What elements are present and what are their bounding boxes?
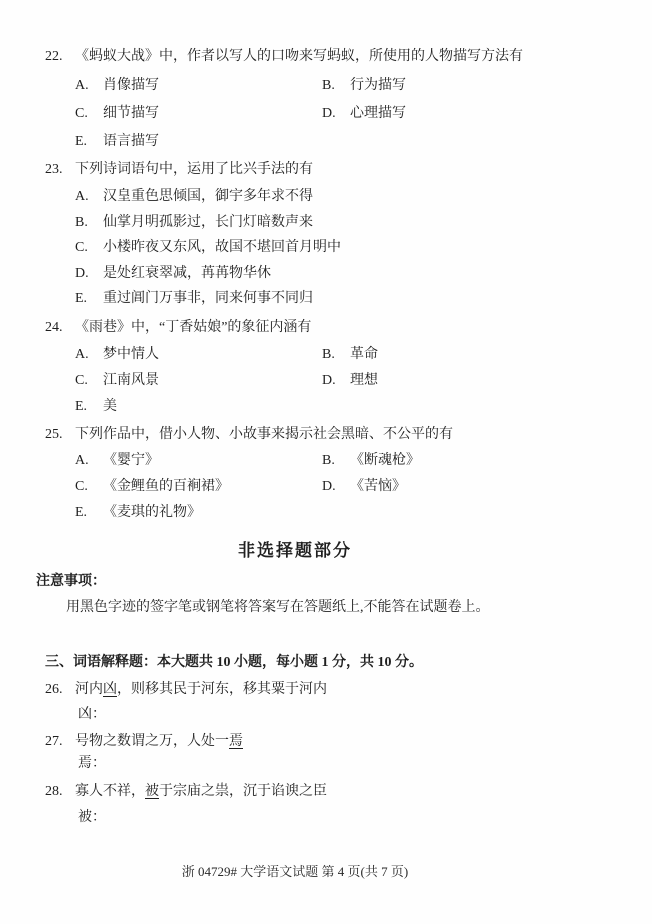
question-28-number: 28. xyxy=(45,782,75,802)
question-24: 24.《雨巷》中，“丁香姑娘”的象征内涵有 xyxy=(45,318,311,338)
option-25-b-label: B. xyxy=(322,451,350,471)
option-24-b: B.革命 xyxy=(322,345,378,365)
option-25-a: A.《婴宁》 xyxy=(75,451,159,471)
option-23-c: C.小楼昨夜又东风，故国不堪回首月明中 xyxy=(75,238,341,258)
page-footer: 浙 04729# 大学语文试题 第 4 页(共 7 页) xyxy=(0,861,590,880)
question-26-number: 26. xyxy=(45,680,75,700)
option-25-e: E.《麦琪的礼物》 xyxy=(75,503,201,523)
option-25-e-label: E. xyxy=(75,503,103,523)
question-25-stem: 下列作品中，借小人物、小故事来揭示社会黑暗、不公平的有 xyxy=(75,427,453,442)
option-23-d-label: D. xyxy=(75,264,103,284)
option-24-a: A.梦中情人 xyxy=(75,345,159,365)
question-24-stem: 《雨巷》中，“丁香姑娘”的象征内涵有 xyxy=(75,320,311,335)
option-22-b-label: B. xyxy=(322,76,350,96)
option-23-e-text: 重过阊门万事非，同来何事不同归 xyxy=(103,291,313,306)
option-24-c-text: 江南风景 xyxy=(103,373,159,388)
option-24-b-label: B. xyxy=(322,345,350,365)
notice-title: 注意事项： xyxy=(36,572,106,592)
question-26-text-pre: 河内 xyxy=(75,682,103,697)
option-23-b: B.仙掌月明孤影过，长门灯暗数声来 xyxy=(75,213,313,233)
option-24-e-text: 美 xyxy=(103,399,117,414)
question-22: 22.《蚂蚁大战》中，作者以写人的口吻来写蚂蚁，所使用的人物描写方法有 xyxy=(45,47,523,67)
option-25-d-label: D. xyxy=(322,477,350,497)
option-25-a-label: A. xyxy=(75,451,103,471)
option-23-a-label: A. xyxy=(75,187,103,207)
question-25-number: 25. xyxy=(45,425,75,445)
option-22-a-label: A. xyxy=(75,76,103,96)
question-26-underlined-word: 凶 xyxy=(103,682,117,697)
option-25-d-text: 《苦恼》 xyxy=(350,479,406,494)
question-28-underlined-word: 被 xyxy=(145,784,159,799)
question-27-number: 27. xyxy=(45,732,75,752)
option-24-e: E.美 xyxy=(75,397,117,417)
question-28: 28.寡人不祥，被于宗庙之祟，沉于谄谀之臣 xyxy=(45,782,327,802)
question-27-underlined-word: 焉 xyxy=(229,734,243,749)
option-23-c-text: 小楼昨夜又东风，故国不堪回首月明中 xyxy=(103,240,341,255)
question-23: 23.下列诗词语句中，运用了比兴手法的有 xyxy=(45,160,313,180)
question-27: 27.号物之数谓之万，人处一焉 xyxy=(45,732,243,752)
option-25-e-text: 《麦琪的礼物》 xyxy=(103,505,201,520)
option-22-b: B.行为描写 xyxy=(322,76,406,96)
option-22-c: C.细节描写 xyxy=(75,104,159,124)
option-22-d-text: 心理描写 xyxy=(350,106,406,121)
option-22-d: D.心理描写 xyxy=(322,104,406,124)
option-23-a-text: 汉皇重色思倾国，御宇多年求不得 xyxy=(103,189,313,204)
question-28-term: 被： xyxy=(78,808,106,828)
option-24-c: C.江南风景 xyxy=(75,371,159,391)
option-23-b-label: B. xyxy=(75,213,103,233)
option-22-e-label: E. xyxy=(75,132,103,152)
section-two-header: 非选择题部分 xyxy=(0,536,590,561)
question-27-text-pre: 号物之数谓之万，人处一 xyxy=(75,734,229,749)
question-25: 25.下列作品中，借小人物、小故事来揭示社会黑暗、不公平的有 xyxy=(45,425,453,445)
option-24-a-text: 梦中情人 xyxy=(103,347,159,362)
option-25-a-text: 《婴宁》 xyxy=(103,453,159,468)
option-24-b-text: 革命 xyxy=(350,347,378,362)
question-23-stem: 下列诗词语句中，运用了比兴手法的有 xyxy=(75,162,313,177)
option-22-c-label: C. xyxy=(75,104,103,124)
option-22-c-text: 细节描写 xyxy=(103,106,159,121)
option-23-d-text: 是处红衰翠减，苒苒物华休 xyxy=(103,266,271,281)
option-25-c-text: 《金鲤鱼的百裥裙》 xyxy=(103,479,229,494)
option-23-e-label: E. xyxy=(75,289,103,309)
option-22-d-label: D. xyxy=(322,104,350,124)
option-24-c-label: C. xyxy=(75,371,103,391)
option-22-a-text: 肖像描写 xyxy=(103,78,159,93)
notice-body: 用黑色字迹的签字笔或钢笔将答案写在答题纸上,不能答在试题卷上。 xyxy=(66,598,490,618)
question-26-text-post: ，则移其民于河东，移其粟于河内 xyxy=(117,682,327,697)
option-22-e: E.语言描写 xyxy=(75,132,159,152)
option-25-b-text: 《断魂枪》 xyxy=(350,453,420,468)
question-26: 26.河内凶，则移其民于河东，移其粟于河内 xyxy=(45,680,327,700)
option-22-b-text: 行为描写 xyxy=(350,78,406,93)
option-24-a-label: A. xyxy=(75,345,103,365)
question-28-text-post: 于宗庙之祟，沉于谄谀之臣 xyxy=(159,784,327,799)
question-28-text-pre: 寡人不祥， xyxy=(75,784,145,799)
option-24-d-label: D. xyxy=(322,371,350,391)
question-22-number: 22. xyxy=(45,47,75,67)
option-23-c-label: C. xyxy=(75,238,103,258)
option-24-d-text: 理想 xyxy=(350,373,378,388)
question-22-stem: 《蚂蚁大战》中，作者以写人的口吻来写蚂蚁，所使用的人物描写方法有 xyxy=(75,49,523,64)
question-24-number: 24. xyxy=(45,318,75,338)
option-22-e-text: 语言描写 xyxy=(103,134,159,149)
option-25-c: C.《金鲤鱼的百裥裙》 xyxy=(75,477,229,497)
option-25-b: B.《断魂枪》 xyxy=(322,451,420,471)
option-24-d: D.理想 xyxy=(322,371,378,391)
option-23-b-text: 仙掌月明孤影过，长门灯暗数声来 xyxy=(103,215,313,230)
question-23-number: 23. xyxy=(45,160,75,180)
option-25-d: D.《苦恼》 xyxy=(322,477,406,497)
option-25-c-label: C. xyxy=(75,477,103,497)
option-23-d: D.是处红衰翠减，苒苒物华休 xyxy=(75,264,271,284)
option-23-e: E.重过阊门万事非，同来何事不同归 xyxy=(75,289,313,309)
option-24-e-label: E. xyxy=(75,397,103,417)
question-26-term: 凶： xyxy=(78,705,106,725)
exam-page: 22.《蚂蚁大战》中，作者以写人的口吻来写蚂蚁，所使用的人物描写方法有 A.肖像… xyxy=(0,0,652,924)
option-22-a: A.肖像描写 xyxy=(75,76,159,96)
option-23-a: A.汉皇重色思倾国，御宇多年求不得 xyxy=(75,187,313,207)
section-three-heading: 三、词语解释题：本大题共 10 小题，每小题 1 分，共 10 分。 xyxy=(45,653,423,673)
question-27-term: 焉： xyxy=(78,754,106,774)
